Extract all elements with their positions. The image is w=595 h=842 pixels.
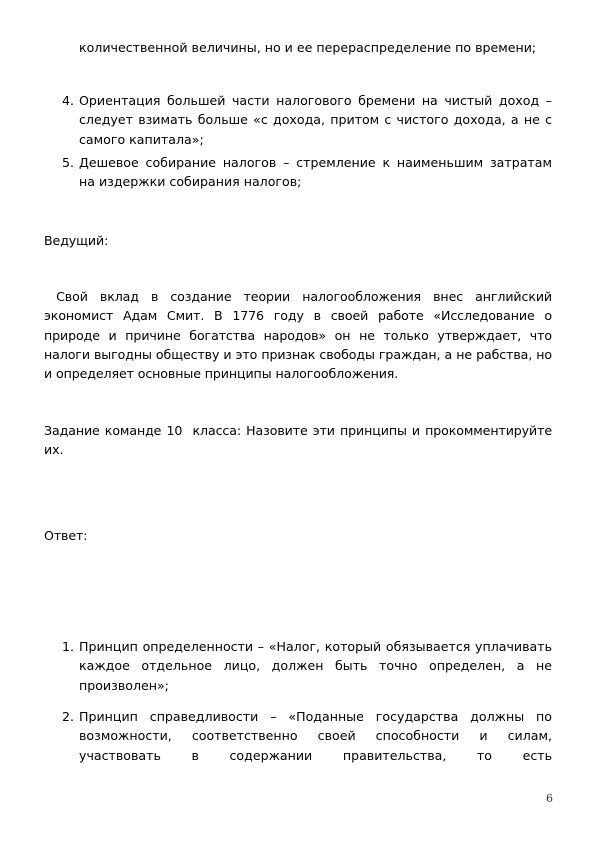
intro-paragraph: Свой вклад в создание теории налогооблож… <box>44 287 552 383</box>
answer-label: Ответ: <box>44 526 552 545</box>
speaker-label: Ведущий: <box>44 231 552 250</box>
list-number: 5. <box>62 153 74 172</box>
list-text: Дешевое собирание налогов – стремление к… <box>79 153 552 192</box>
list-text: Ориентация большей части налогового брем… <box>79 91 552 149</box>
document-page: количественной величины, но и ее перерас… <box>0 0 595 842</box>
list-item: 4. Ориентация большей части налогового б… <box>44 91 552 149</box>
list-number: 4. <box>62 91 74 110</box>
list-text: Принцип справедливости – «Поданные госуд… <box>79 707 552 765</box>
continuation-text: количественной величины, но и ее перерас… <box>79 38 552 57</box>
list-item: 1. Принцип определенности – «Налог, кото… <box>44 637 552 695</box>
list-text: Принцип определенности – «Налог, который… <box>79 637 552 695</box>
list-item: 2. Принцип справедливости – «Поданные го… <box>44 707 552 765</box>
list-number: 2. <box>62 707 74 726</box>
page-number: 6 <box>546 792 553 805</box>
task-paragraph: Задание команде 10 класса: Назовите эти … <box>44 421 552 460</box>
list-number: 1. <box>62 637 74 656</box>
list-item: 5. Дешевое собирание налогов – стремлени… <box>44 153 552 192</box>
